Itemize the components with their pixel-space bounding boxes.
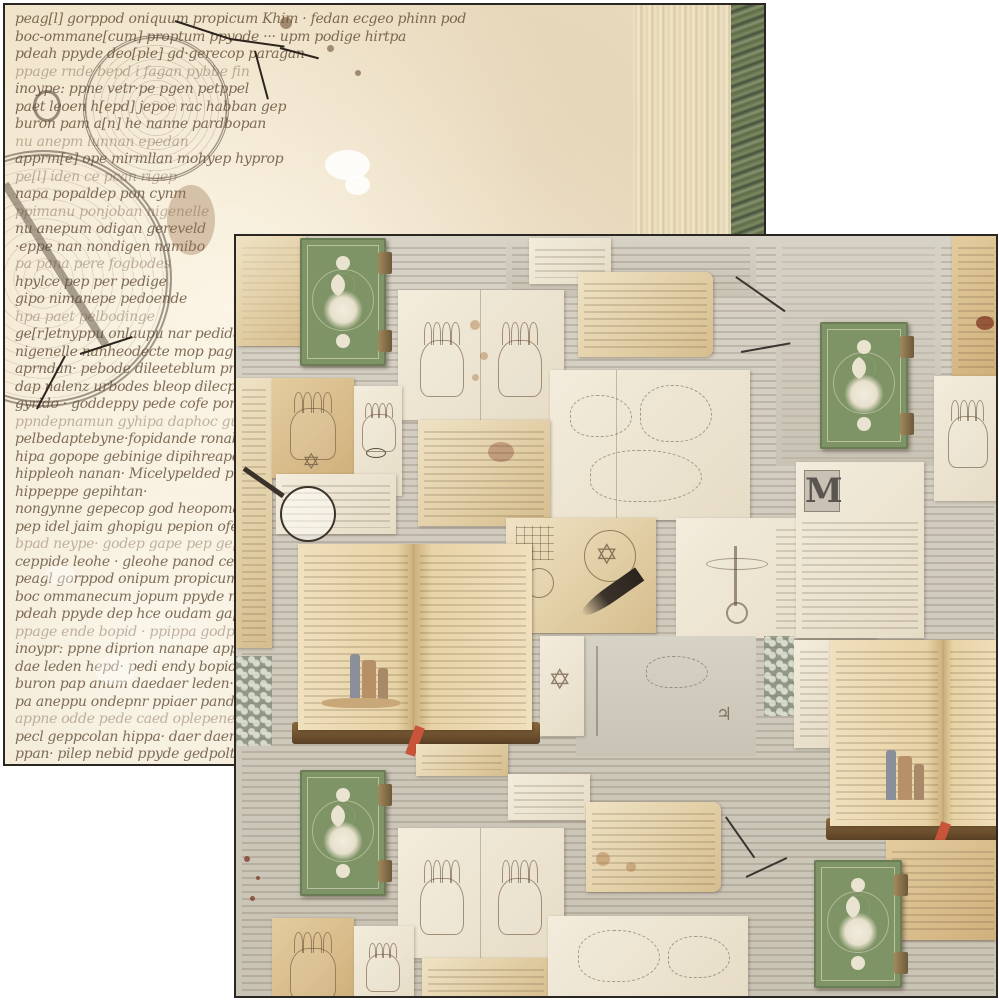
foliage-pattern (236, 656, 272, 746)
ink-splatter (256, 876, 260, 880)
open-alchemy-grimoire (826, 640, 998, 840)
brass-clasp (378, 784, 392, 806)
hexagram-seal-page: ✡ (540, 636, 584, 736)
key-shaft (734, 546, 737, 606)
hand-diagram-page: ✡ (272, 378, 354, 478)
open-alchemy-grimoire (292, 544, 540, 744)
alchemy-vial (886, 750, 896, 800)
white-paint-splatter (95, 655, 135, 685)
alchemy-vial (898, 756, 912, 800)
brass-clasp (900, 336, 914, 358)
key-bow (726, 602, 748, 624)
brass-clasp (894, 952, 908, 974)
ink-splatter (976, 316, 994, 330)
alchemy-vial (914, 764, 924, 800)
stained-manuscript-page (422, 958, 550, 998)
brass-clasp (378, 252, 392, 274)
small-open-book (508, 774, 590, 820)
white-paint-splatter (345, 175, 370, 195)
alchemy-symbol: ♃ (716, 706, 732, 724)
green-celestial-tome (820, 322, 908, 449)
green-celestial-tome (300, 238, 386, 366)
brass-clasp (894, 874, 908, 896)
aged-paper-scrap (236, 236, 306, 346)
palmistry-page (398, 290, 564, 420)
tree-diagram (596, 646, 598, 736)
brass-clasp (378, 860, 392, 882)
alchemy-diagram-page: ♃ (576, 636, 756, 756)
old-map-page (550, 370, 750, 520)
ink-drop (355, 70, 361, 76)
script-paper-scrap (416, 744, 508, 776)
illuminated-letter: M (804, 470, 840, 512)
tea-stained-journal (586, 802, 721, 892)
script-paper-strip (236, 378, 272, 648)
front-paper-sheet: ✡ ✡ M (234, 234, 998, 998)
foliage-pattern (764, 636, 794, 716)
ink-drop (280, 17, 292, 29)
palmistry-page (934, 376, 998, 501)
brass-clasp (900, 413, 914, 435)
palmistry-page (398, 828, 564, 958)
brass-clasp (378, 330, 392, 352)
eye-symbol (366, 448, 386, 458)
dragonfly-wings (706, 558, 768, 570)
old-map-page (548, 916, 748, 998)
ink-splatter (244, 856, 250, 862)
ink-drop (327, 45, 334, 52)
alchemy-tray (322, 698, 400, 708)
white-paint-splatter (45, 565, 75, 585)
illuminated-page: M (796, 462, 924, 638)
hand-sketch-page (354, 926, 414, 998)
stained-manuscript-page (418, 420, 550, 526)
green-celestial-tome (300, 770, 386, 896)
small-astrolabe-illustration (83, 35, 229, 181)
script-column (952, 236, 998, 376)
tea-stained-journal (578, 272, 713, 357)
hand-diagram-page (272, 918, 354, 998)
alchemy-vial (350, 654, 360, 704)
star-of-david-symbol: ✡ (302, 452, 320, 474)
magnifying-glass (280, 486, 336, 542)
astrolabe-hanging-ring (33, 90, 61, 122)
coffee-stain (167, 185, 215, 255)
ink-splatter (250, 896, 255, 901)
green-celestial-tome (814, 860, 902, 988)
